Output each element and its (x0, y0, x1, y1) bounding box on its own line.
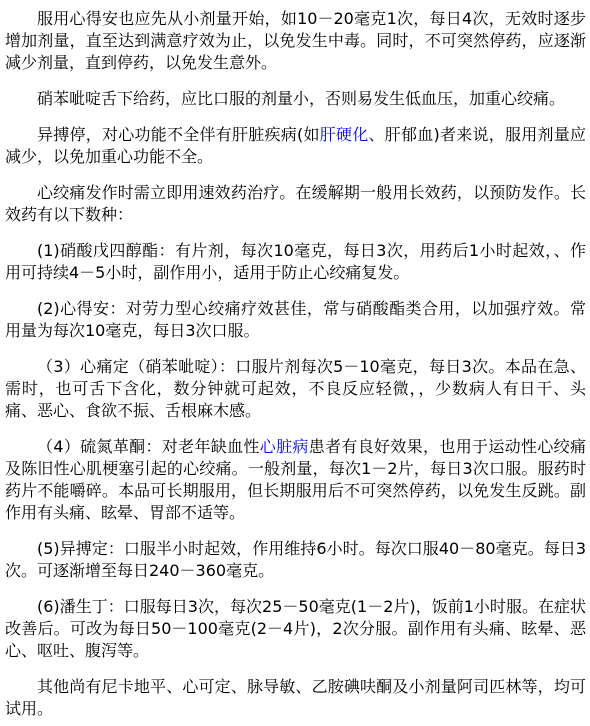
text-run: (6)潘生丁：口服每日3次，每次25－50毫克(1－2片)，饭前1小时服。在症状… (5, 597, 586, 660)
text-run: 异搏停，对心功能不全伴有肝脏疾病(如 (37, 125, 320, 144)
paragraph: 服用心得安也应先从小剂量开始，如10－20毫克1次，每日4次，无效时逐步增加剂量… (5, 8, 586, 74)
paragraph: 异搏停，对心功能不全伴有肝脏疾病(如肝硬化、肝郁血)者来说，服用剂量应减少，以免… (5, 124, 586, 168)
heart-disease-link[interactable]: 心脏病 (260, 437, 309, 456)
paragraph: 硝苯呲啶舌下给药，应比口服的剂量小，否则易发生低血压，加重心绞痛。 (5, 88, 586, 110)
text-run: 心绞痛发作时需立即用速效药治疗。在缓解期一般用长效药，以预防发作。长效药有以下数… (5, 183, 586, 224)
text-run: (2)心得安：对劳力型心绞痛疗效甚佳，常与硝酸酯类合用，以加强疗效。常用量为每次… (5, 299, 586, 340)
text-run: （3）心痛定（硝苯呲啶）：口服片剂每次5－10毫克，每日3次。本品在急、需时，也… (5, 357, 586, 420)
text-run: （4）硫氮革酮：对老年缺血性 (37, 437, 260, 456)
paragraph: （4）硫氮革酮：对老年缺血性心脏病患者有良好效果，也用于运动性心绞痛及陈旧性心肌… (5, 436, 586, 524)
article-body: 服用心得安也应先从小剂量开始，如10－20毫克1次，每日4次，无效时逐步增加剂量… (0, 0, 590, 726)
paragraph: (6)潘生丁：口服每日3次，每次25－50毫克(1－2片)，饭前1小时服。在症状… (5, 596, 586, 662)
text-run: (1)硝酸戊四醇酯：有片剂，每次10毫克，每日3次，用药后1小时起效，、作用可持… (5, 241, 586, 282)
liver-cirrhosis-link[interactable]: 肝硬化、 (320, 125, 385, 144)
text-run: 硝苯呲啶舌下给药，应比口服的剂量小，否则易发生低血压，加重心绞痛。 (37, 89, 565, 108)
text-run: 服用心得安也应先从小剂量开始，如10－20毫克1次，每日4次，无效时逐步增加剂量… (5, 9, 586, 72)
paragraph: (5)异搏定：口服半小时起效，作用维持6小时。每次口服40－80毫克。每日3次。… (5, 538, 586, 582)
paragraph: (1)硝酸戊四醇酯：有片剂，每次10毫克，每日3次，用药后1小时起效，、作用可持… (5, 240, 586, 284)
text-run: 其他尚有尼卡地平、心可定、脉导敏、乙胺碘呋酮及小剂量阿司匹林等，均可试用。 (5, 677, 586, 718)
paragraph: 其他尚有尼卡地平、心可定、脉导敏、乙胺碘呋酮及小剂量阿司匹林等，均可试用。 (5, 676, 586, 720)
text-run: (5)异搏定：口服半小时起效，作用维持6小时。每次口服40－80毫克。每日3次。… (5, 539, 586, 580)
paragraph: （3）心痛定（硝苯呲啶）：口服片剂每次5－10毫克，每日3次。本品在急、需时，也… (5, 356, 586, 422)
paragraph: 心绞痛发作时需立即用速效药治疗。在缓解期一般用长效药，以预防发作。长效药有以下数… (5, 182, 586, 226)
paragraph: (2)心得安：对劳力型心绞痛疗效甚佳，常与硝酸酯类合用，以加强疗效。常用量为每次… (5, 298, 586, 342)
